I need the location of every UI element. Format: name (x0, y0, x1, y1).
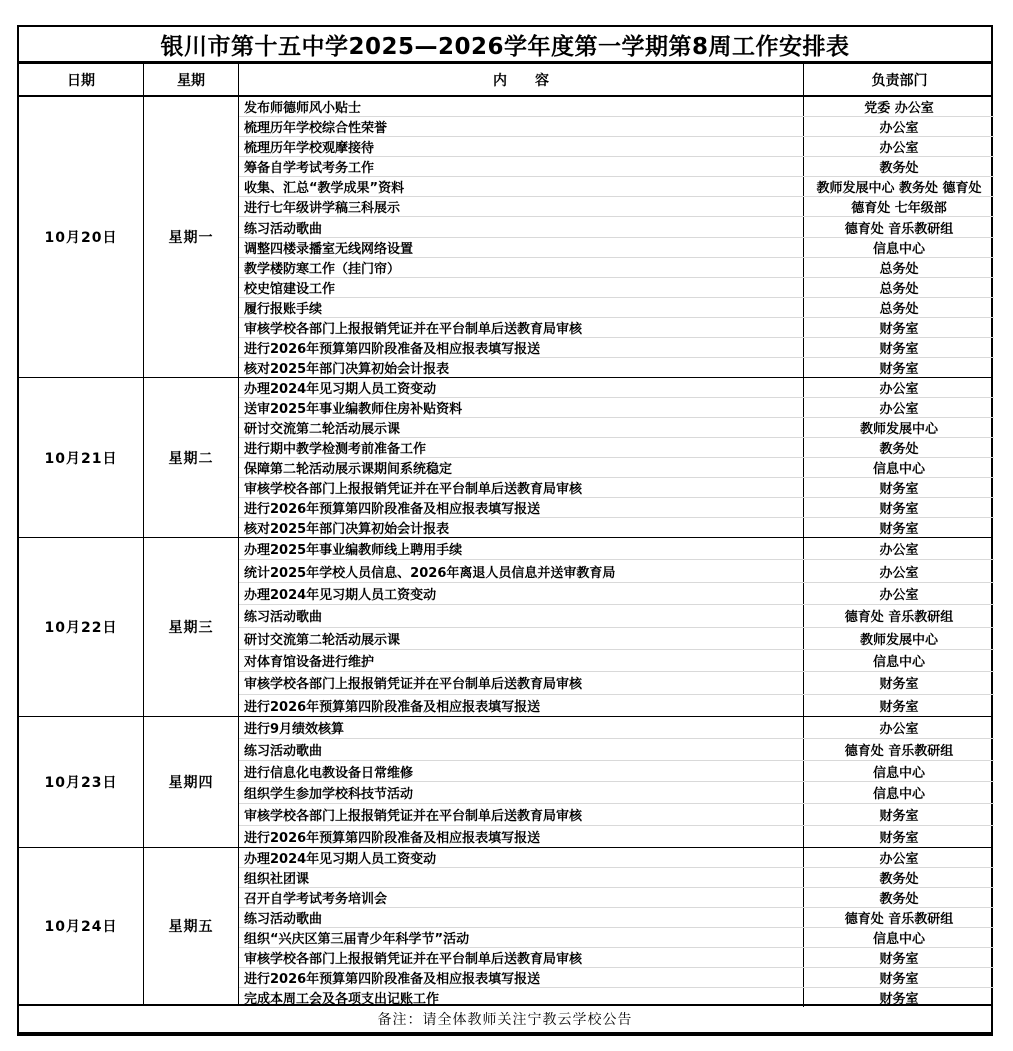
task-department-cell: 信息中心 (804, 928, 994, 947)
task-content-cell: 送审2025年事业编教师住房补贴资料 (239, 398, 804, 417)
task-department-cell: 信息中心 (804, 650, 994, 671)
task-content-cell: 进行2026年预算第四阶段准备及相应报表填写报送 (239, 968, 804, 987)
task-row: 进行2026年预算第四阶段准备及相应报表填写报送 财务室 (239, 337, 994, 357)
task-content-cell: 组织社团课 (239, 868, 804, 887)
table-body: 10月20日 星期一 发布师德师风小贴士 党委 办公室 梳理历年学校综合性荣誉 … (19, 97, 991, 1004)
task-content-cell: 审核学校各部门上报报销凭证并在平台制单后送教育局审核 (239, 478, 804, 497)
task-content-cell: 进行期中教学检测考前准备工作 (239, 438, 804, 457)
task-content-cell: 练习活动歌曲 (239, 908, 804, 927)
task-department-cell: 财务室 (804, 478, 994, 497)
task-department-cell: 德育处 音乐教研组 (804, 605, 994, 626)
task-row: 研讨交流第二轮活动展示课 教师发展中心 (239, 627, 994, 649)
task-row: 进行2026年预算第四阶段准备及相应报表填写报送 财务室 (239, 694, 994, 716)
task-row: 调整四楼录播室无线网络设置 信息中心 (239, 237, 994, 257)
task-content-cell: 梳理历年学校观摩接待 (239, 137, 804, 156)
task-content-cell: 练习活动歌曲 (239, 217, 804, 236)
task-row: 梳理历年学校观摩接待 办公室 (239, 136, 994, 156)
task-department-cell: 教师发展中心 (804, 418, 994, 437)
task-content-cell: 进行2026年预算第四阶段准备及相应报表填写报送 (239, 338, 804, 357)
task-row: 组织学生参加学校科技节活动 信息中心 (239, 781, 994, 803)
task-content-cell: 组织学生参加学校科技节活动 (239, 782, 804, 803)
task-department-cell: 信息中心 (804, 782, 994, 803)
task-row: 办理2024年见习期人员工资变动 办公室 (239, 582, 994, 604)
day-block: 10月23日 星期四 进行9月绩效核算 办公室 练习活动歌曲 德育处 音乐教研组… (19, 717, 991, 848)
task-department-cell: 办公室 (804, 137, 994, 156)
task-department-cell: 财务室 (804, 948, 994, 967)
task-content-cell: 履行报账手续 (239, 298, 804, 317)
task-row: 对体育馆设备进行维护 信息中心 (239, 649, 994, 671)
task-department-cell: 办公室 (804, 117, 994, 136)
task-row: 审核学校各部门上报报销凭证并在平台制单后送教育局审核 财务室 (239, 671, 994, 693)
task-list: 办理2024年见习期人员工资变动 办公室 送审2025年事业编教师住房补贴资料 … (239, 378, 994, 537)
task-content-cell: 办理2024年见习期人员工资变动 (239, 378, 804, 397)
task-row: 梳理历年学校综合性荣誉 办公室 (239, 116, 994, 136)
header-content: 内 容 (239, 64, 804, 95)
task-row: 履行报账手续 总务处 (239, 297, 994, 317)
task-department-cell: 办公室 (804, 398, 994, 417)
task-content-cell: 审核学校各部门上报报销凭证并在平台制单后送教育局审核 (239, 804, 804, 825)
task-row: 组织社团课 教务处 (239, 867, 994, 887)
task-list: 进行9月绩效核算 办公室 练习活动歌曲 德育处 音乐教研组 进行信息化电教设备日… (239, 717, 994, 847)
footer-note: 备注：请全体教师关注宁教云学校公告 (19, 1004, 991, 1032)
task-department-cell: 办公室 (804, 560, 994, 581)
task-department-cell: 信息中心 (804, 458, 994, 477)
task-row: 进行期中教学检测考前准备工作 教务处 (239, 437, 994, 457)
task-row: 完成本周工会及各项支出记账工作 财务室 (239, 987, 994, 1007)
task-content-cell: 统计2025年学校人员信息、2026年离退人员信息并送审教育局 (239, 560, 804, 581)
task-department-cell: 办公室 (804, 538, 994, 559)
task-content-cell: 办理2024年见习期人员工资变动 (239, 583, 804, 604)
task-row: 核对2025年部门决算初始会计报表 财务室 (239, 517, 994, 537)
task-content-cell: 办理2024年见习期人员工资变动 (239, 848, 804, 867)
day-block: 10月20日 星期一 发布师德师风小贴士 党委 办公室 梳理历年学校综合性荣誉 … (19, 97, 991, 378)
task-content-cell: 研讨交流第二轮活动展示课 (239, 418, 804, 437)
task-content-cell: 办理2025年事业编教师线上聘用手续 (239, 538, 804, 559)
date-cell: 10月21日 (19, 378, 144, 537)
task-row: 练习活动歌曲 德育处 音乐教研组 (239, 738, 994, 760)
task-department-cell: 办公室 (804, 378, 994, 397)
task-department-cell: 总务处 (804, 278, 994, 297)
task-row: 进行2026年预算第四阶段准备及相应报表填写报送 财务室 (239, 825, 994, 847)
task-content-cell: 审核学校各部门上报报销凭证并在平台制单后送教育局审核 (239, 318, 804, 337)
task-row: 召开自学考试考务培训会 教务处 (239, 887, 994, 907)
task-row: 审核学校各部门上报报销凭证并在平台制单后送教育局审核 财务室 (239, 803, 994, 825)
task-department-cell: 教务处 (804, 438, 994, 457)
day-block: 10月21日 星期二 办理2024年见习期人员工资变动 办公室 送审2025年事… (19, 378, 991, 538)
task-department-cell: 教务处 (804, 868, 994, 887)
task-row: 进行七年级讲学稿三科展示 德育处 七年级部 (239, 196, 994, 216)
task-content-cell: 进行9月绩效核算 (239, 717, 804, 738)
task-department-cell: 财务室 (804, 338, 994, 357)
task-department-cell: 财务室 (804, 988, 994, 1007)
task-content-cell: 对体育馆设备进行维护 (239, 650, 804, 671)
task-row: 筹备自学考试考务工作 教务处 (239, 156, 994, 176)
task-department-cell: 信息中心 (804, 761, 994, 782)
task-department-cell: 信息中心 (804, 238, 994, 257)
task-row: 组织“兴庆区第三届青少年科学节”活动 信息中心 (239, 927, 994, 947)
task-row: 审核学校各部门上报报销凭证并在平台制单后送教育局审核 财务室 (239, 477, 994, 497)
task-department-cell: 财务室 (804, 318, 994, 337)
task-content-cell: 筹备自学考试考务工作 (239, 157, 804, 176)
task-row: 办理2024年见习期人员工资变动 办公室 (239, 848, 994, 867)
weekday-cell: 星期二 (144, 378, 239, 537)
task-row: 送审2025年事业编教师住房补贴资料 办公室 (239, 397, 994, 417)
weekday-cell: 星期五 (144, 848, 239, 1004)
task-row: 收集、汇总“教学成果”资料 教师发展中心 教务处 德育处 (239, 176, 994, 196)
task-row: 校史馆建设工作 总务处 (239, 277, 994, 297)
task-content-cell: 研讨交流第二轮活动展示课 (239, 628, 804, 649)
task-department-cell: 财务室 (804, 968, 994, 987)
task-content-cell: 进行七年级讲学稿三科展示 (239, 197, 804, 216)
task-content-cell: 进行2026年预算第四阶段准备及相应报表填写报送 (239, 695, 804, 716)
task-row: 审核学校各部门上报报销凭证并在平台制单后送教育局审核 财务室 (239, 317, 994, 337)
task-content-cell: 审核学校各部门上报报销凭证并在平台制单后送教育局审核 (239, 672, 804, 693)
task-department-cell: 教务处 (804, 888, 994, 907)
task-content-cell: 进行2026年预算第四阶段准备及相应报表填写报送 (239, 498, 804, 517)
task-row: 发布师德师风小贴士 党委 办公室 (239, 97, 994, 116)
task-content-cell: 校史馆建设工作 (239, 278, 804, 297)
task-content-cell: 进行信息化电教设备日常维修 (239, 761, 804, 782)
task-row: 办理2024年见习期人员工资变动 办公室 (239, 378, 994, 397)
table-header-row: 日期 星期 内 容 负责部门 (19, 64, 991, 97)
task-content-cell: 核对2025年部门决算初始会计报表 (239, 358, 804, 377)
task-content-cell: 召开自学考试考务培训会 (239, 888, 804, 907)
task-content-cell: 保障第二轮活动展示课期间系统稳定 (239, 458, 804, 477)
task-row: 进行9月绩效核算 办公室 (239, 717, 994, 738)
task-row: 练习活动歌曲 德育处 音乐教研组 (239, 604, 994, 626)
task-department-cell: 财务室 (804, 804, 994, 825)
date-cell: 10月24日 (19, 848, 144, 1004)
date-cell: 10月20日 (19, 97, 144, 377)
task-row: 练习活动歌曲 德育处 音乐教研组 (239, 907, 994, 927)
task-content-cell: 核对2025年部门决算初始会计报表 (239, 518, 804, 537)
task-content-cell: 收集、汇总“教学成果”资料 (239, 177, 804, 196)
task-department-cell: 办公室 (804, 848, 994, 867)
task-department-cell: 财务室 (804, 498, 994, 517)
task-department-cell: 教师发展中心 (804, 628, 994, 649)
task-content-cell: 练习活动歌曲 (239, 739, 804, 760)
day-block: 10月24日 星期五 办理2024年见习期人员工资变动 办公室 组织社团课 教务… (19, 848, 991, 1004)
task-department-cell: 办公室 (804, 583, 994, 604)
task-row: 审核学校各部门上报报销凭证并在平台制单后送教育局审核 财务室 (239, 947, 994, 967)
date-cell: 10月22日 (19, 538, 144, 716)
task-row: 进行2026年预算第四阶段准备及相应报表填写报送 财务室 (239, 497, 994, 517)
task-department-cell: 办公室 (804, 717, 994, 738)
header-weekday: 星期 (144, 64, 239, 95)
task-content-cell: 审核学校各部门上报报销凭证并在平台制单后送教育局审核 (239, 948, 804, 967)
task-department-cell: 财务室 (804, 518, 994, 537)
task-row: 办理2025年事业编教师线上聘用手续 办公室 (239, 538, 994, 559)
task-list: 办理2025年事业编教师线上聘用手续 办公室 统计2025年学校人员信息、202… (239, 538, 994, 716)
task-department-cell: 教务处 (804, 157, 994, 176)
page-title: 银川市第十五中学2025—2026学年度第一学期第8周工作安排表 (19, 27, 991, 64)
task-row: 保障第二轮活动展示课期间系统稳定 信息中心 (239, 457, 994, 477)
weekday-cell: 星期三 (144, 538, 239, 716)
task-content-cell: 练习活动歌曲 (239, 605, 804, 626)
task-content-cell: 梳理历年学校综合性荣誉 (239, 117, 804, 136)
task-department-cell: 财务室 (804, 695, 994, 716)
task-content-cell: 完成本周工会及各项支出记账工作 (239, 988, 804, 1007)
task-row: 统计2025年学校人员信息、2026年离退人员信息并送审教育局 办公室 (239, 559, 994, 581)
task-content-cell: 发布师德师风小贴士 (239, 97, 804, 116)
task-row: 研讨交流第二轮活动展示课 教师发展中心 (239, 417, 994, 437)
task-row: 进行2026年预算第四阶段准备及相应报表填写报送 财务室 (239, 967, 994, 987)
task-list: 办理2024年见习期人员工资变动 办公室 组织社团课 教务处 召开自学考试考务培… (239, 848, 994, 1004)
task-content-cell: 调整四楼录播室无线网络设置 (239, 238, 804, 257)
header-department: 负责部门 (804, 64, 995, 95)
task-department-cell: 德育处 音乐教研组 (804, 217, 994, 236)
task-department-cell: 财务室 (804, 672, 994, 693)
task-row: 核对2025年部门决算初始会计报表 财务室 (239, 357, 994, 377)
header-date: 日期 (19, 64, 144, 95)
task-row: 教学楼防寒工作（挂门帘） 总务处 (239, 257, 994, 277)
date-cell: 10月23日 (19, 717, 144, 847)
task-department-cell: 德育处 音乐教研组 (804, 908, 994, 927)
day-block: 10月22日 星期三 办理2025年事业编教师线上聘用手续 办公室 统计2025… (19, 538, 991, 717)
task-department-cell: 德育处 音乐教研组 (804, 739, 994, 760)
task-content-cell: 组织“兴庆区第三届青少年科学节”活动 (239, 928, 804, 947)
task-department-cell: 总务处 (804, 298, 994, 317)
weekday-cell: 星期四 (144, 717, 239, 847)
task-department-cell: 党委 办公室 (804, 97, 994, 116)
task-content-cell: 进行2026年预算第四阶段准备及相应报表填写报送 (239, 826, 804, 847)
task-department-cell: 财务室 (804, 826, 994, 847)
task-list: 发布师德师风小贴士 党委 办公室 梳理历年学校综合性荣誉 办公室 梳理历年学校观… (239, 97, 994, 377)
schedule-table: 银川市第十五中学2025—2026学年度第一学期第8周工作安排表 日期 星期 内… (17, 25, 993, 1036)
task-department-cell: 教师发展中心 教务处 德育处 (804, 177, 994, 196)
task-department-cell: 总务处 (804, 258, 994, 277)
task-row: 进行信息化电教设备日常维修 信息中心 (239, 760, 994, 782)
weekday-cell: 星期一 (144, 97, 239, 377)
task-department-cell: 财务室 (804, 358, 994, 377)
task-department-cell: 德育处 七年级部 (804, 197, 994, 216)
task-row: 练习活动歌曲 德育处 音乐教研组 (239, 216, 994, 236)
task-content-cell: 教学楼防寒工作（挂门帘） (239, 258, 804, 277)
